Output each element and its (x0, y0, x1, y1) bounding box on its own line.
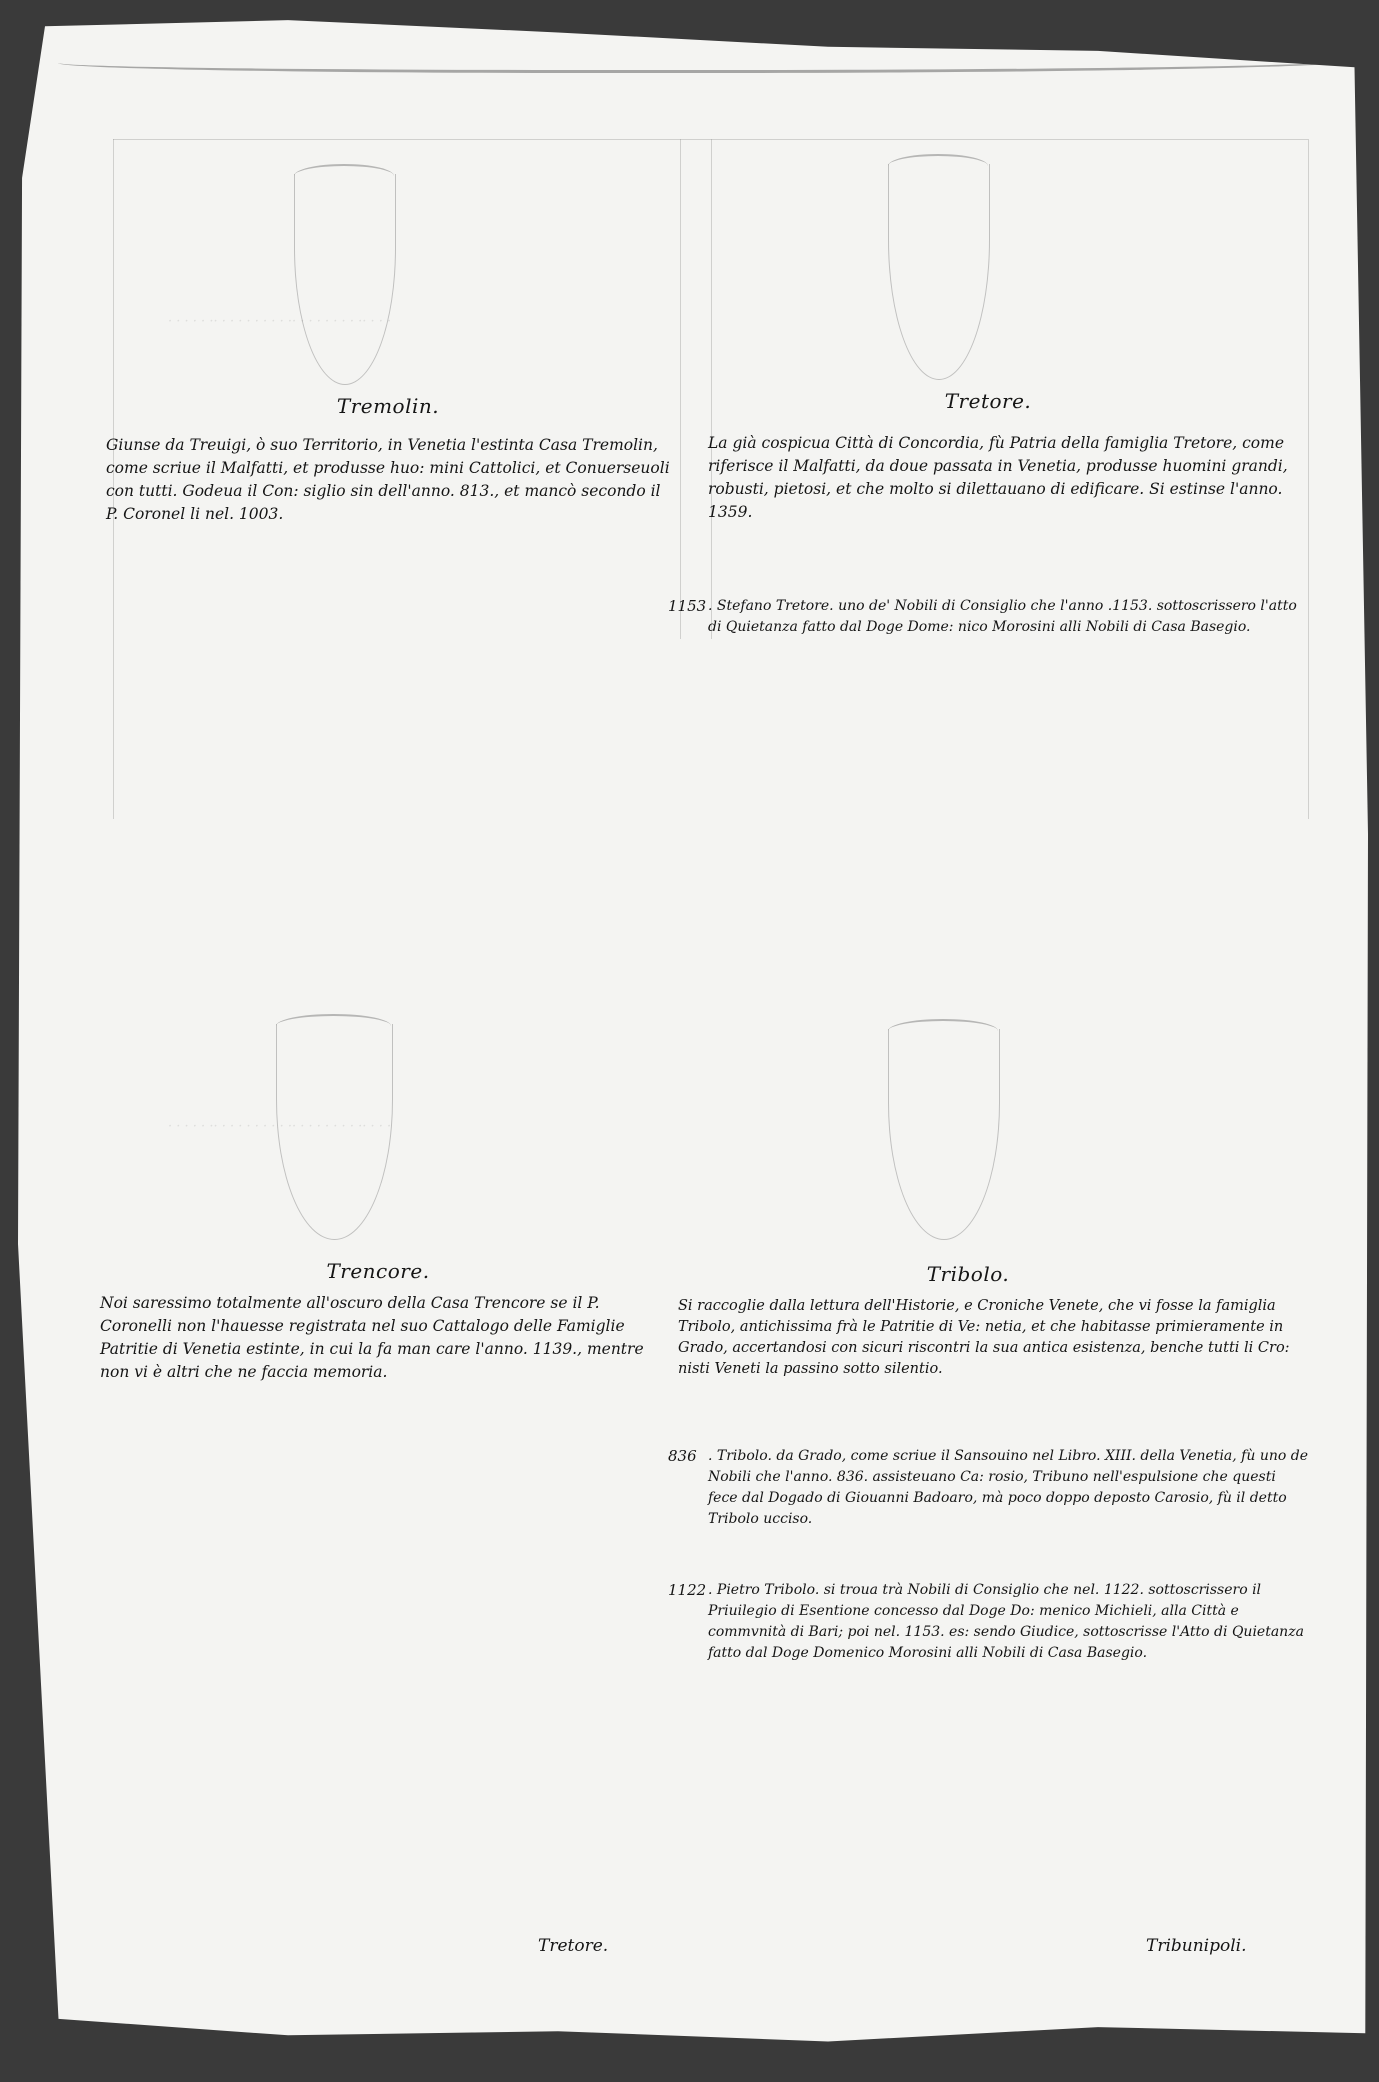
entry-text-tremolin: Giunse da Treuigi, ò suo Territorio, in … (106, 434, 671, 526)
shield-outline-tremolin (294, 174, 396, 385)
entry-title-trencore: Trencore. (278, 1259, 478, 1283)
note-year: 836 (668, 1446, 708, 1530)
entry-title-tribolo: Tribolo. (868, 1262, 1068, 1286)
note-year: 1153 (668, 596, 708, 638)
shield-outline-tribolo (888, 1029, 1000, 1240)
manuscript-page: · · · · · ·· · · · · · · · · ·· · · · · … (18, 14, 1368, 2064)
bleed-through-text: · · · · · ·· · · · · · · · · ·· · · · · … (168, 314, 391, 329)
note-text: . Tribolo. da Grado, come scriue il Sans… (708, 1446, 1308, 1530)
frame-line-mid-1 (680, 139, 681, 639)
entry-text-trencore: Noi saressimo totalmente all'oscuro dell… (100, 1292, 670, 1384)
entry-title-tremolin: Tremolin. (288, 394, 488, 418)
entry-note-tribolo-836: 836 . Tribolo. da Grado, come scriue il … (668, 1446, 1308, 1530)
entry-note-tretore-1153: 1153 . Stefano Tretore. uno de' Nobili d… (668, 596, 1308, 638)
catchword-right: Tribunipoli. (1146, 1936, 1247, 1956)
note-text: . Pietro Tribolo. si troua trà Nobili di… (708, 1580, 1308, 1664)
entry-note-tribolo-1122: 1122 . Pietro Tribolo. si troua trà Nobi… (668, 1580, 1308, 1664)
shield-outline-tretore (888, 164, 990, 380)
frame-line-right (1308, 139, 1309, 819)
frame-line-mid-2 (711, 139, 712, 639)
note-text: . Stefano Tretore. uno de' Nobili di Con… (708, 596, 1308, 638)
entry-text-tribolo: Si raccoglie dalla lettura dell'Historie… (678, 1296, 1308, 1380)
note-year: 1122 (668, 1580, 708, 1664)
bleed-through-text: · · · · · ·· · · · · · · · · ·· · · · · … (168, 1119, 391, 1134)
entry-title-tretore: Tretore. (888, 389, 1088, 413)
catchword-left: Tretore. (538, 1936, 608, 1956)
torn-top-edge (58, 40, 1378, 73)
entry-text-tretore: La già cospicua Città di Concordia, fù P… (708, 432, 1303, 524)
